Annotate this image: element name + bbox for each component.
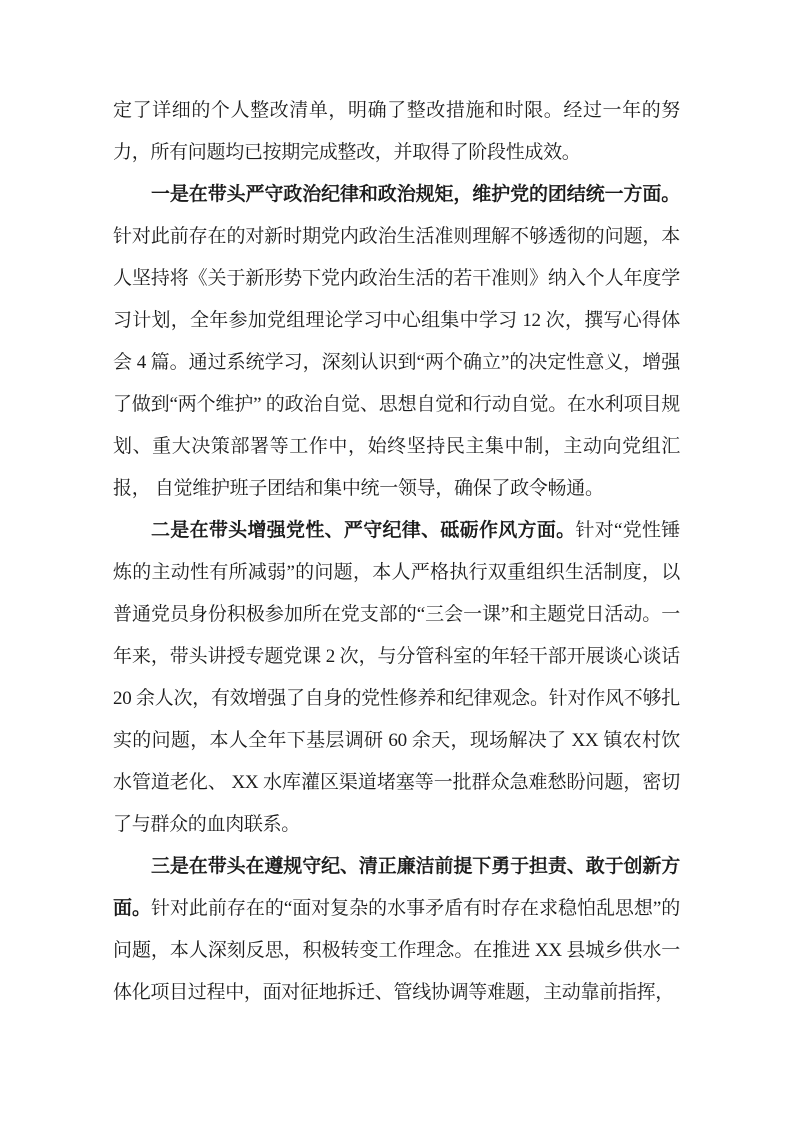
body-text: 针对此前存在的“面对复杂的水事矛盾有时存在求稳怕乱思想”的问题，本人深刻反思，积…	[113, 898, 680, 1003]
body-text: 针对此前存在的对新时期党内政治生活准则理解不够透彻的问题，本人坚持将《关于新形势…	[113, 226, 680, 499]
document-page: 定了详细的个人整改清单，明确了整改措施和时限。经过一年的努力，所有问题均已按期完…	[0, 0, 793, 1122]
paragraph-4: 三是在带头在遵规守纪、清正廉洁前提下勇于担责、敢于创新方面。针对此前存在的“面对…	[113, 846, 680, 1014]
body-text: 定了详细的个人整改清单，明确了整改措施和时限。经过一年的努力，所有问题均已按期完…	[113, 100, 680, 163]
paragraph-3: 二是在带头增强党性、严守纪律、砥砺作风方面。针对“党性锤炼的主动性有所减弱”的问…	[113, 510, 680, 846]
section-heading-text: 二是在带头增强党性、严守纪律、砥砺作风方面。	[151, 520, 575, 541]
paragraph-1: 定了详细的个人整改清单，明确了整改措施和时限。经过一年的努力，所有问题均已按期完…	[113, 90, 680, 174]
document-body: 定了详细的个人整改清单，明确了整改措施和时限。经过一年的努力，所有问题均已按期完…	[113, 90, 680, 1014]
section-heading-text: 一是在带头严守政治纪律和政治规矩，维护党的团结统一方面。	[151, 184, 680, 205]
paragraph-2: 一是在带头严守政治纪律和政治规矩，维护党的团结统一方面。针对此前存在的对新时期党…	[113, 174, 680, 510]
body-text: 针对“党性锤炼的主动性有所减弱”的问题，本人严格执行双重组织生活制度，以普通党员…	[113, 520, 680, 835]
